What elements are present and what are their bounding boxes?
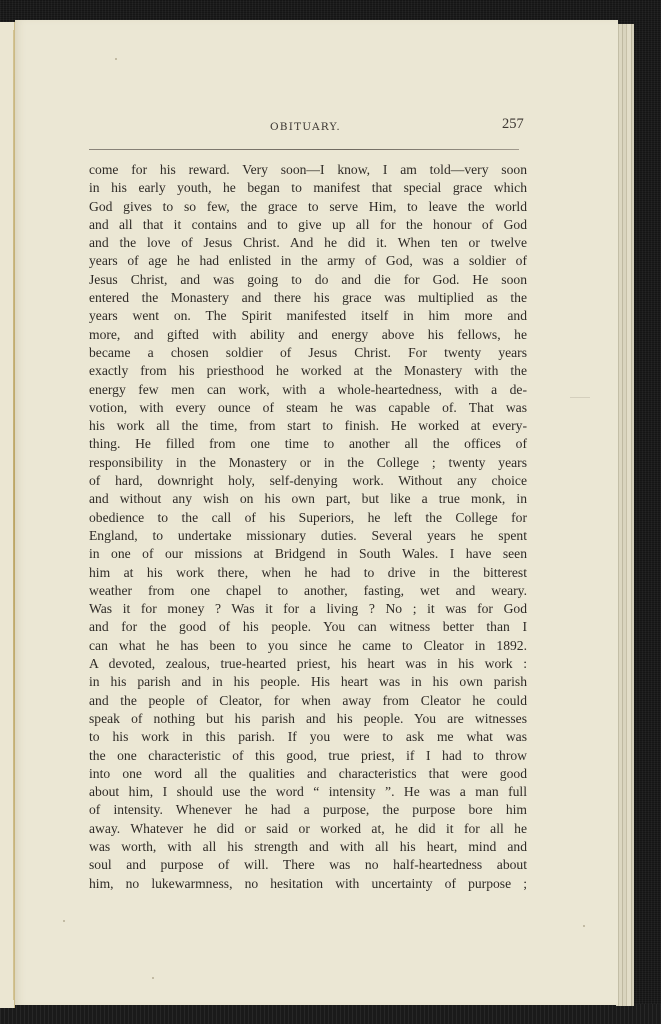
text-line: him, no lukewarmness, no hesitation with… bbox=[89, 875, 527, 893]
text-line: England, to undertake missionary duties.… bbox=[89, 527, 527, 545]
text-line: years of age he had enlisted in the army… bbox=[89, 252, 527, 270]
text-line: Was it for money ? Was it for a living ?… bbox=[89, 600, 527, 618]
margin-mark bbox=[570, 397, 590, 398]
text-line: in his parish and in his people. His hea… bbox=[89, 673, 527, 691]
running-head-title: OBITUARY. bbox=[270, 121, 341, 133]
text-line: and without any wish on his own part, bu… bbox=[89, 490, 527, 508]
text-line: of intensity. Whenever he had a purpose,… bbox=[89, 801, 527, 819]
body-text: come for his reward. Very soon—I know, I… bbox=[89, 161, 527, 893]
text-line: obedience to the call of his Superiors, … bbox=[89, 509, 527, 527]
text-line: in one of our missions at Bridgend in So… bbox=[89, 545, 527, 563]
paper-speck bbox=[115, 58, 117, 60]
page-number: 257 bbox=[502, 116, 524, 133]
text-line: thing. He filled from one time to anothe… bbox=[89, 435, 527, 453]
text-line: years went on. The Spirit manifested its… bbox=[89, 307, 527, 325]
text-line: and the love of Jesus Christ. And he did… bbox=[89, 234, 527, 252]
paper-speck bbox=[63, 920, 65, 922]
text-line: away. Whatever he did or said or worked … bbox=[89, 820, 527, 838]
text-line: and the people of Cleator, for when away… bbox=[89, 692, 527, 710]
text-line: of hard, downright holy, self-denying wo… bbox=[89, 472, 527, 490]
text-line: responsibility in the Monastery or in th… bbox=[89, 454, 527, 472]
text-line: come for his reward. Very soon—I know, I… bbox=[89, 161, 527, 179]
header-rule bbox=[89, 149, 519, 150]
text-line: the one characteristic of this good, tru… bbox=[89, 747, 527, 765]
text-line: more, and gifted with ability and energy… bbox=[89, 326, 527, 344]
text-line: entered the Monastery and there his grac… bbox=[89, 289, 527, 307]
text-line: Jesus Christ, and was going to do and di… bbox=[89, 271, 527, 289]
paper-speck bbox=[152, 977, 154, 979]
paper-speck bbox=[583, 925, 585, 927]
text-line: to his work in this parish. If you were … bbox=[89, 728, 527, 746]
text-line: became a chosen soldier of Jesus Christ.… bbox=[89, 344, 527, 362]
text-line: A devoted, zealous, true-hearted priest,… bbox=[89, 655, 527, 673]
text-line: soul and purpose of will. There was no h… bbox=[89, 856, 527, 874]
text-line: exactly from his priesthood he worked at… bbox=[89, 362, 527, 380]
text-line: energy few men can work, with a whole-he… bbox=[89, 381, 527, 399]
text-line: his work all the time, from start to fin… bbox=[89, 417, 527, 435]
book-page: OBITUARY. 257 come for his reward. Very … bbox=[15, 20, 618, 1005]
book-cover-bottom-edge bbox=[0, 1004, 661, 1024]
text-line: him at his work there, when he had to dr… bbox=[89, 564, 527, 582]
text-line: into one word all the qualities and char… bbox=[89, 765, 527, 783]
text-line: votion, with every ounce of steam he was… bbox=[89, 399, 527, 417]
text-line: God gives to so few, the grace to serve … bbox=[89, 198, 527, 216]
text-line: and for the good of his people. You can … bbox=[89, 618, 527, 636]
text-line: about him, I should use the word “ inten… bbox=[89, 783, 527, 801]
text-line: was worth, with all his strength and wit… bbox=[89, 838, 527, 856]
page-stack-edges bbox=[616, 24, 634, 1006]
text-line: and all that it contains and to give up … bbox=[89, 216, 527, 234]
text-line: weather from one chapel to another, fast… bbox=[89, 582, 527, 600]
text-line: can what he has been to you since he cam… bbox=[89, 637, 527, 655]
text-line: in his early youth, he began to manifest… bbox=[89, 179, 527, 197]
text-line: speak of nothing but his parish and his … bbox=[89, 710, 527, 728]
